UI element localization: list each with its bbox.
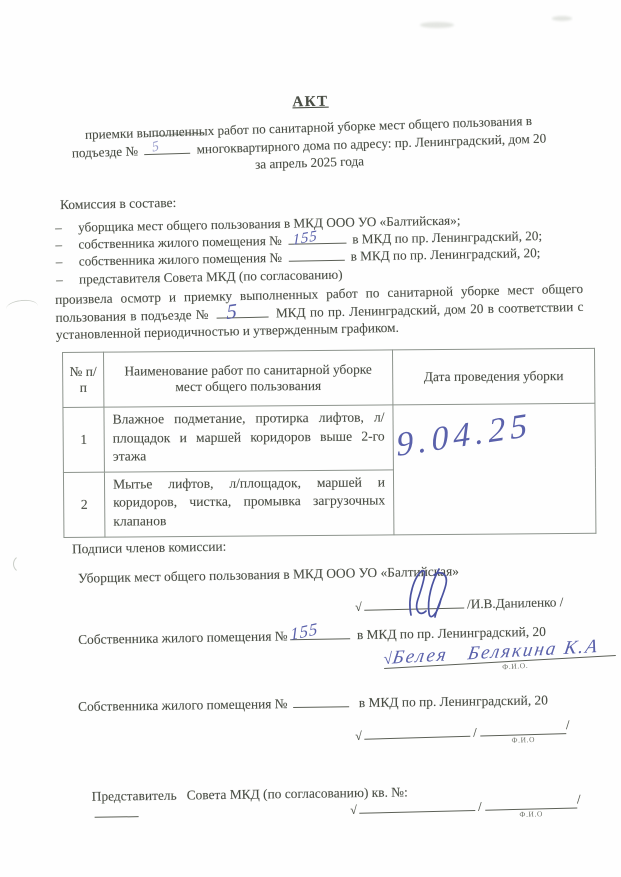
owner1-label-pre: Собственника жилого помещения №: [78, 628, 288, 647]
inspection-paragraph: произвела осмотр и приемку выполненных р…: [55, 280, 584, 344]
table-header-row: № п/п Наименование работ по санитарной у…: [63, 348, 595, 407]
list-dash: –: [55, 219, 71, 236]
scan-pencil-mark: [5, 298, 38, 316]
apartment-number-blank: [288, 248, 344, 262]
signature-blank-line: [359, 798, 475, 814]
intro-paragraph: приемки выполненных работ по санитарной …: [51, 111, 566, 180]
cleaner-signature-name: /И.В.Даниленко /: [467, 594, 564, 611]
entrance-number-blank-2: 5: [216, 304, 268, 318]
list-dash: –: [55, 236, 71, 253]
handwritten-signature-scribble: [403, 567, 461, 619]
handwritten-entrance-number: 5: [151, 138, 160, 158]
commission-item-owner2-post: в МКД по пр. Ленинградский, 20;: [350, 246, 540, 264]
slash-separator: /: [473, 725, 477, 740]
check-mark: √: [355, 729, 362, 743]
commission-list: – уборщика мест общего пользования в МКД…: [55, 209, 586, 288]
apartment-number-blank-sig: 155: [290, 626, 350, 640]
owner2-signature-label: Собственника жилого помещения № в МКД по…: [78, 691, 548, 715]
column-header-num: № п/п: [63, 352, 104, 407]
works-table: № п/п Наименование работ по санитарной у…: [62, 348, 596, 538]
row2-work-name: Мытье лифтов, л/площадок, маршей и корид…: [104, 470, 393, 537]
owner2-label-post: в МКД по пр. Ленинградский, 20: [359, 692, 548, 710]
owner1-label-post: в МКД по пр. Ленинградский, 20: [357, 624, 546, 642]
scanned-act-document: АКТ приемки выполненных работ по санитар…: [0, 0, 621, 877]
apartment-number-blank-rep: [95, 804, 139, 818]
commission-heading: Комиссия в составе:: [60, 195, 177, 213]
row2-number: 2: [63, 472, 105, 537]
table-row: 1 Влажное подметание, протирка лифтов, л…: [63, 403, 595, 472]
signature-blank-line: [364, 724, 470, 740]
list-dash: –: [56, 270, 72, 287]
owner2-signature-line: √ / Ф.И.О /: [355, 721, 570, 744]
fio-blank-line: Ф.И.О: [480, 721, 566, 736]
handwritten-apartment-number: 155: [292, 228, 317, 250]
fio-label: Ф.И.О.: [502, 661, 528, 671]
signatures-heading: Подписи членов комиссии:: [72, 539, 227, 558]
intro-line-2-pre: подъезде №: [72, 143, 139, 160]
fio-label: Ф.И.О: [511, 735, 535, 745]
handwritten-apartment-number-sig: 155: [290, 619, 319, 645]
fio-blank-line: Ф.И.О: [485, 795, 577, 810]
apartment-number-blank: 155: [288, 231, 346, 245]
slash-end: /: [577, 791, 581, 807]
row1-work-name: Влажное подметание, протирка лифтов, л/п…: [104, 405, 393, 472]
commission-item-representative: представителя Совета МКД (по согласовани…: [79, 265, 343, 287]
commission-item-owner1-post: в МКД по пр. Ленинградский, 20;: [352, 228, 542, 246]
check-mark: √: [355, 600, 362, 614]
entrance-number-blank: 5: [144, 140, 190, 154]
column-header-name: Наименование работ по санитарной уборке …: [104, 350, 393, 407]
check-mark: √: [350, 803, 357, 817]
fio-label: Ф.И.О: [519, 809, 543, 819]
slash-separator: /: [478, 799, 482, 814]
scan-smudge: [552, 16, 572, 21]
list-dash: –: [56, 253, 72, 270]
slash-end: /: [566, 717, 570, 733]
column-header-date: Дата проведения уборки: [392, 348, 594, 405]
page-title-text: АКТ: [292, 94, 329, 111]
row1-number: 1: [63, 407, 105, 472]
scan-pencil-mark: [13, 554, 37, 574]
date-cell: 9.04.25: [393, 403, 596, 534]
scan-smudge: [420, 22, 454, 28]
owner2-label-pre: Собственника жилого помещения №: [78, 696, 288, 714]
apartment-number-blank-sig2: [293, 694, 349, 708]
handwritten-cleaning-date: 9.04.25: [396, 407, 533, 465]
cleaner-signature-label: Уборщик мест общего пользования в МКД ОО…: [78, 563, 459, 586]
handwritten-entrance-number-2: 5: [227, 302, 237, 321]
